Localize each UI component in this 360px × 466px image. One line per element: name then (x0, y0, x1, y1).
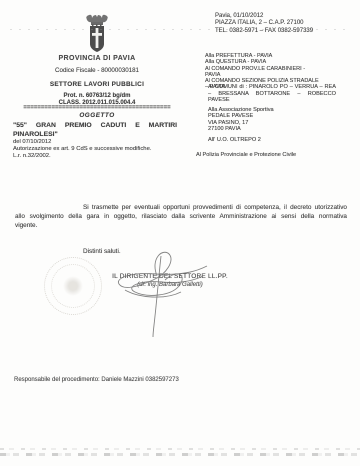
recipients-municipalities: Ai COMUNI di : PINAROLO PO – VERRUA – RE… (208, 84, 336, 104)
sender-address: PIAZZA ITALIA, 2 – C.A.P. 27100 (215, 20, 355, 27)
recipient-line: Al COMANDO PROV.LE CARABINIERI - PAVIA (205, 66, 319, 79)
subject-title: "55" GRAN PREMIO CADUTI E MARTIRI PINARO… (13, 122, 177, 139)
provincia-coat-of-arms-icon (83, 14, 111, 53)
scan-artifact-noise-band (0, 453, 360, 456)
scan-artifact-dotted-line (10, 29, 350, 30)
subject-authorization: Autorizzazione ex art. 9 CdS e successiv… (13, 146, 183, 152)
subject-law-ref: L.r. n.32/2002. (13, 153, 177, 159)
responsible-officer-line: Responsabile del procedimento: Daniele M… (14, 377, 179, 383)
fiscal-code: Codice Fiscale - 80000030181 (14, 67, 180, 74)
sender-date-block: Pavia, 01/10/2012 PIAZZA ITALIA, 2 – C.A… (215, 13, 355, 35)
subject-label: OGGETTO (14, 112, 180, 119)
body-paragraph: Si trasmette per eventuali opportuni pro… (15, 204, 347, 230)
protocol-number: Prot. n. 60763/12 bg/dm (14, 93, 180, 99)
recipient-provincial-police: Al Polizia Provinciale e Protezione Civi… (196, 152, 346, 158)
scanned-letter-page: PROVINCIA DI PAVIA Codice Fiscale - 8000… (0, 0, 360, 466)
handwritten-signature-icon (95, 246, 225, 338)
subject-event-date: del 07/10/2012 (13, 139, 177, 145)
scan-artifact-noise-band (0, 448, 360, 450)
divider-line: ========================================… (14, 105, 180, 111)
org-name: PROVINCIA DI PAVIA (14, 55, 180, 62)
round-office-stamp-icon (44, 257, 102, 315)
department-name: SETTORE LAVORI PUBBLICI (14, 81, 180, 88)
recipient-uo-oltrepo: All' U.O. OLTREPO 2 (208, 137, 338, 143)
recipient-sports-association: Alla Associazione Sportiva PEDALE PAVESE… (208, 107, 338, 133)
recipient-line: 27100 PAVIA (208, 126, 338, 132)
